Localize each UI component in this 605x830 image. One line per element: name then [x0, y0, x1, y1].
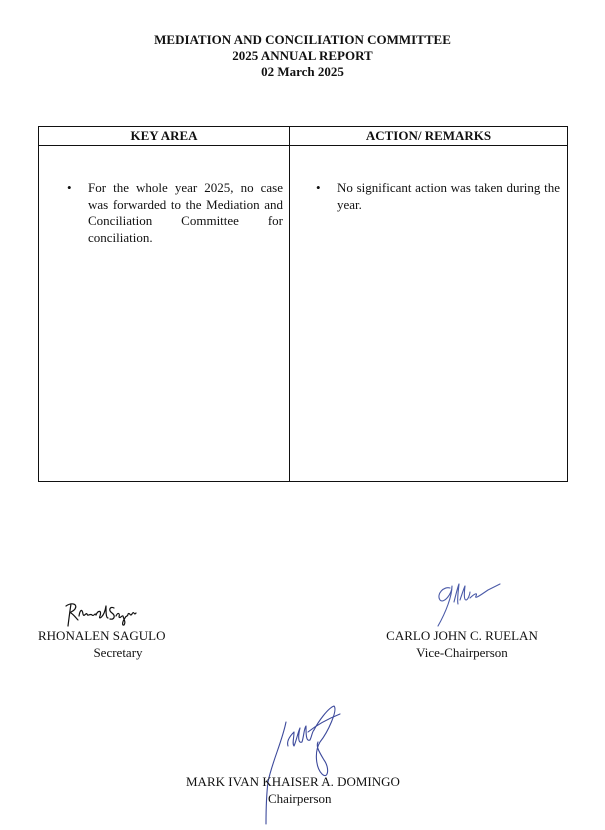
report-table: KEY AREA ACTION/ REMARKS • For the whole… [38, 126, 568, 482]
secretary-signatory: RHONALEN SAGULO Secretary [38, 628, 178, 661]
action-remarks-cell: • No significant action was taken during… [290, 146, 568, 482]
key-area-text: For the whole year 2025, no case was for… [88, 180, 283, 245]
report-title: 2025 ANNUAL REPORT [0, 48, 605, 64]
action-remarks-text: No significant action was taken during t… [337, 180, 560, 212]
document-header: MEDIATION AND CONCILIATION COMMITTEE 202… [0, 32, 605, 80]
chairperson-title: Chairperson [186, 791, 426, 808]
bullet-icon: • [316, 180, 321, 197]
list-item: • No significant action was taken during… [337, 180, 560, 213]
chairperson-signatory: MARK IVAN KHAISER A. DOMINGO Chairperson [186, 774, 426, 807]
vice-chairperson-signature-icon [430, 580, 505, 630]
column-header-action-remarks: ACTION/ REMARKS [290, 127, 568, 146]
secretary-title: Secretary [38, 645, 178, 662]
key-area-list: • For the whole year 2025, no case was f… [39, 180, 289, 246]
secretary-signature-icon [62, 600, 147, 628]
vice-chairperson-title: Vice-Chairperson [372, 645, 552, 662]
chairperson-name: MARK IVAN KHAISER A. DOMINGO [186, 774, 426, 791]
column-header-key-area: KEY AREA [39, 127, 290, 146]
action-remarks-list: • No significant action was taken during… [290, 180, 567, 213]
bullet-icon: • [67, 180, 72, 197]
report-date: 02 March 2025 [0, 64, 605, 80]
committee-name: MEDIATION AND CONCILIATION COMMITTEE [0, 32, 605, 48]
vice-chairperson-name: CARLO JOHN C. RUELAN [372, 628, 552, 645]
table-header-row: KEY AREA ACTION/ REMARKS [39, 127, 568, 146]
chairperson-signature-icon [258, 702, 343, 826]
table-row: • For the whole year 2025, no case was f… [39, 146, 568, 482]
key-area-cell: • For the whole year 2025, no case was f… [39, 146, 290, 482]
vice-chairperson-signatory: CARLO JOHN C. RUELAN Vice-Chairperson [372, 628, 552, 661]
secretary-name: RHONALEN SAGULO [38, 628, 178, 645]
list-item: • For the whole year 2025, no case was f… [88, 180, 283, 246]
